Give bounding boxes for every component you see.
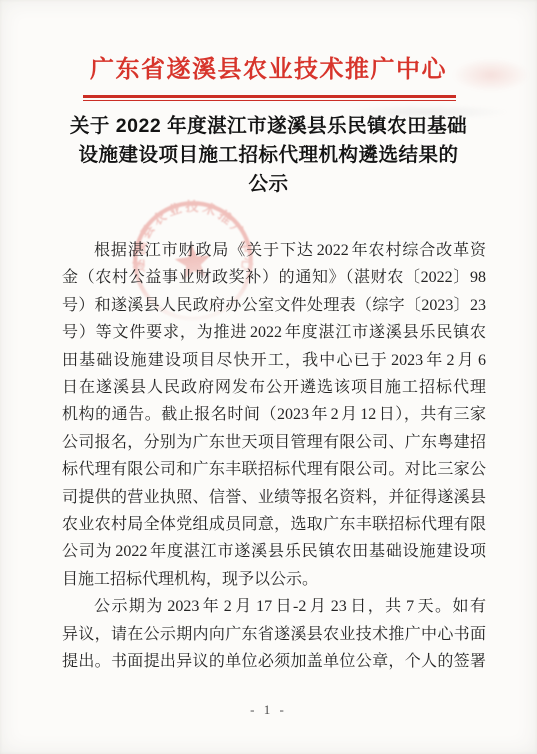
body-line: 日在遂溪县人民政府网发布公开遴选该项目施工招标代理 (62, 374, 486, 401)
body-line: 司提供的营业执照、信誉、业绩等报名资料，并征得遂溪县 (62, 484, 486, 511)
scan-bleed-artifact (452, 58, 530, 92)
body-line: 金（农村公益事业财政奖补）的通知》（湛财农〔2022〕98 (62, 264, 486, 291)
document-body: 根据湛江市财政局《关于下达 2022 年农村综合改革资 金（农村公益事业财政奖补… (62, 237, 486, 676)
body-line: 机构的通告。截止报名时间（2023 年 2 月 12 日），共有三家 (62, 401, 486, 428)
body-line: 公司报名，分别为广东世天项目管理有限公司、广东粤建招 (62, 429, 486, 456)
body-line: 提出。书面提出异议的单位必须加盖单位公章，个人的签署 (62, 648, 486, 675)
body-line: 号）和遂溪县人民政府办公室文件处理表（综字〔2023〕23 (62, 292, 486, 319)
rule-thick-line (83, 95, 456, 98)
body-line: 目施工招标代理机构，现予以公示。 (62, 566, 486, 593)
body-line: 农业农村局全体党组成员同意，选取广东丰联招标代理有限 (62, 511, 486, 538)
body-line: 根据湛江市财政局《关于下达 2022 年农村综合改革资 (62, 237, 486, 264)
body-line: 标代理有限公司和广东丰联招标代理有限公司。对比三家公 (62, 456, 486, 483)
document-title: 关于 2022 年度湛江市遂溪县乐民镇农田基础 设施建设项目施工招标代理机构遴选… (30, 112, 507, 199)
body-line: 号）等文件要求，为推进 2022 年度湛江市遂溪县乐民镇农 (62, 319, 486, 346)
body-line: 公示期为 2023 年 2 月 17 日-2 月 23 日，共 7 天。如有 (62, 593, 486, 620)
body-line: 公司为 2022 年度湛江市遂溪县乐民镇农田基础设施建设项 (62, 538, 486, 565)
title-line: 公示 (30, 170, 507, 199)
letterhead-double-rule (83, 95, 456, 101)
rule-thin-line (83, 100, 456, 101)
title-line: 关于 2022 年度湛江市遂溪县乐民镇农田基础 (30, 112, 507, 141)
body-line: 异议，请在公示期内向广东省遂溪县农业技术推广中心书面 (62, 621, 486, 648)
page-number: - 1 - (0, 702, 537, 718)
scanned-document-page: 广东省遂溪县农业技术推广中心 关于 2022 年度湛江市遂溪县乐民镇农田基础 设… (0, 0, 537, 754)
title-line: 设施建设项目施工招标代理机构遴选结果的 (30, 141, 507, 170)
body-line: 田基础设施建设项目尽快开工，我中心已于 2023 年 2 月 6 (62, 347, 486, 374)
